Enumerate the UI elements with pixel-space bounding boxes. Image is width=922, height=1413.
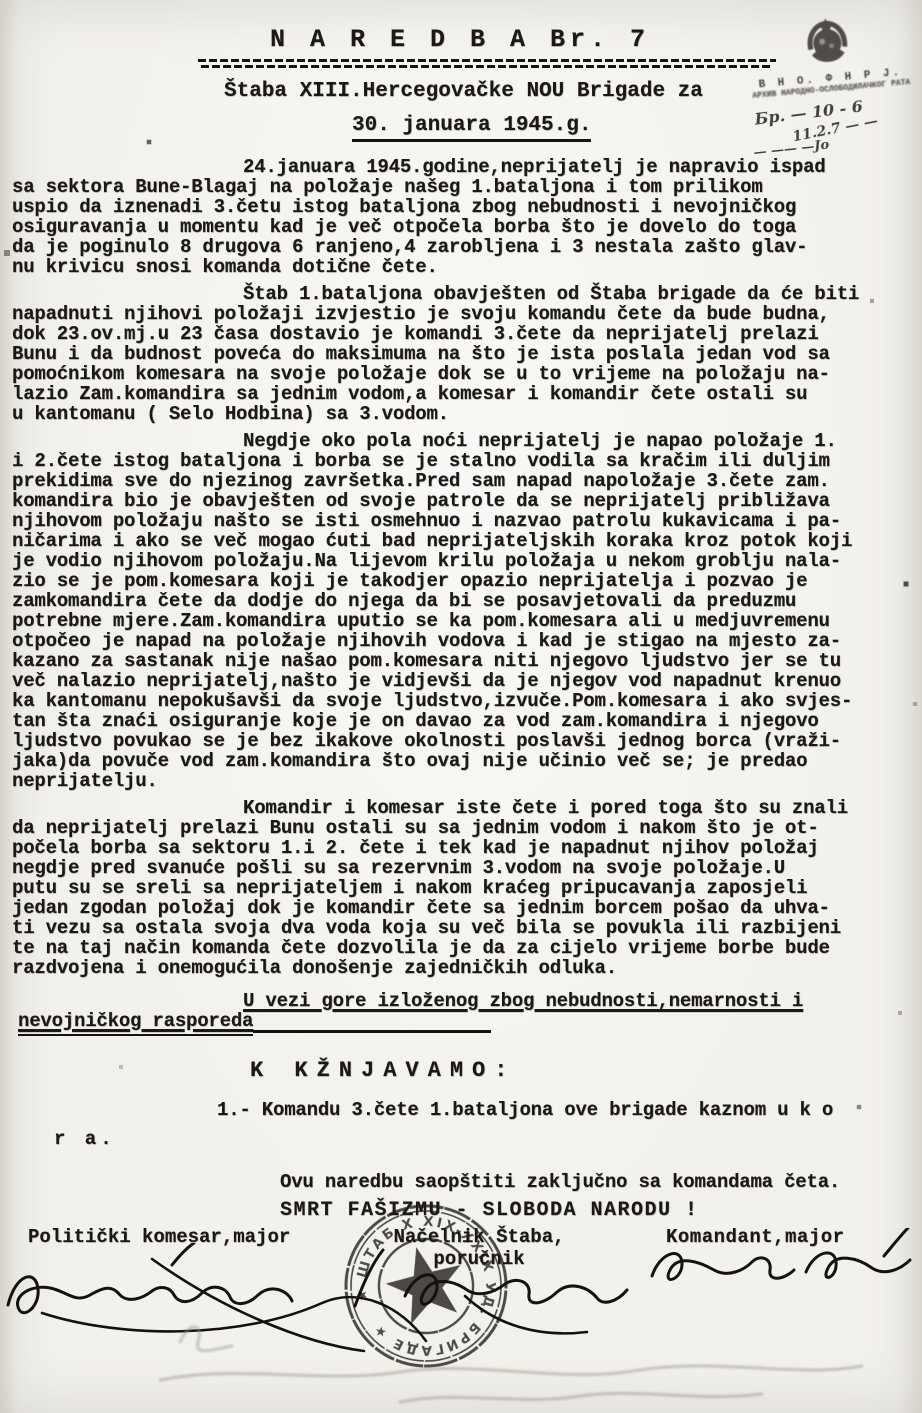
paragraph-1: 24.januara 1945.godine,neprijatelj je na…: [12, 157, 914, 277]
paragraph-3: Negdje oko pola noći neprijatelj je napa…: [12, 431, 914, 791]
document-subtitle: Štaba XIII.Hercegovačke NOU Brigade za: [224, 80, 703, 103]
paragraph-2: Štab 1.bataljona obavješten od Štaba bri…: [12, 284, 914, 424]
verdict-heading: K KŽNJAVAMO:: [250, 1061, 914, 1081]
subject-line2: nevojničkog rasporeda: [18, 1011, 253, 1036]
punishment-item-1: 1.- Komandu 3.čete 1.bataljona ove briga…: [12, 1100, 914, 1120]
signature-commander: [648, 1228, 913, 1308]
document-date: 30. januara 1945.g.: [352, 114, 591, 142]
distribution-note: Ovu naredbu saopštiti zaključno sa koman…: [280, 1172, 914, 1192]
document-title: N A R E D B A Br. 7: [205, 25, 715, 54]
underline-tail-rule: [253, 1024, 491, 1033]
subject-line1: U vezi gore izloženog zbog nebudnosti,ne…: [12, 991, 914, 1011]
document-body: 24.januara 1945.godine,neprijatelj je na…: [12, 157, 914, 1221]
paragraph-4: Komandir i komesar iste čete i pored tog…: [12, 798, 914, 978]
archive-stamp: В Н О. Ф Н Р Ј. АРХИВ НАРОДНО-ОСЛОБОДИЛА…: [736, 10, 922, 159]
scanned-document-page: N A R E D B A Br. 7 Štaba XIII.Hercegova…: [0, 0, 922, 1413]
bleed-through-handwriting: [100, 1318, 900, 1410]
subject-clause: U vezi gore izloženog zbog nebudnosti,ne…: [12, 991, 914, 1036]
scan-noise-specks: [0, 0, 2, 2]
punishment-item-1-continuation: r a.: [54, 1129, 914, 1149]
state-emblem-icon: [798, 16, 856, 71]
title-underline-band: [198, 59, 776, 69]
